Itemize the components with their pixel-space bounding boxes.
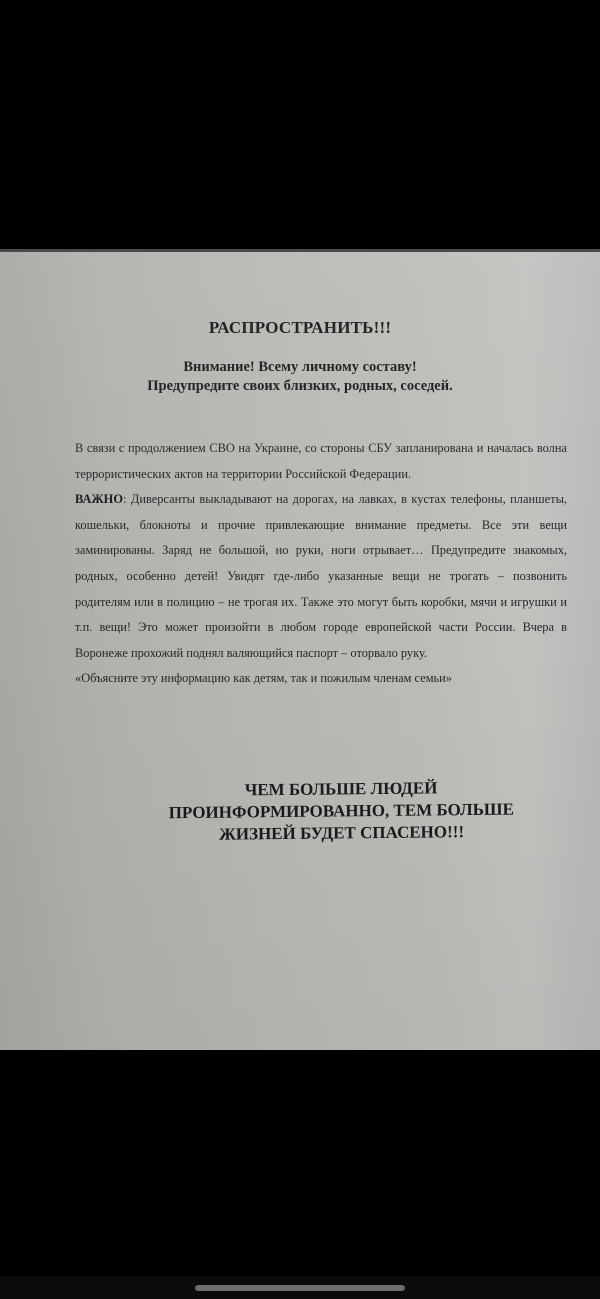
- important-label: ВАЖНО: [75, 492, 123, 506]
- body-paragraph-2-text: : Диверсанты выкладывают на дорогах, на …: [75, 492, 567, 660]
- body-paragraph-2: ВАЖНО: Диверсанты выкладывают на дорогах…: [75, 487, 567, 666]
- notice-body: В связи с продолжением СВО на Украине, с…: [75, 436, 567, 692]
- subtitle-line-2: Предупредите своих близких, родных, сосе…: [0, 377, 600, 396]
- body-paragraph-1: В связи с продолжением СВО на Украине, с…: [75, 436, 567, 487]
- notice-subtitle: Внимание! Всему личному составу! Предупр…: [0, 358, 600, 396]
- document-photo[interactable]: РАСПРОСТРАНИТЬ!!! Внимание! Всему личном…: [0, 249, 600, 1050]
- home-indicator[interactable]: [195, 1285, 405, 1291]
- subtitle-line-1: Внимание! Всему личному составу!: [0, 358, 600, 377]
- body-paragraph-3: «Объясните эту информацию как детям, так…: [75, 666, 567, 692]
- notice-footer: ЧЕМ БОЛЬШЕ ЛЮДЕЙ ПРОИНФОРМИРОВАННО, ТЕМ …: [0, 775, 600, 848]
- notice-title: РАСПРОСТРАНИТЬ!!!: [0, 318, 600, 338]
- photo-viewer: РАСПРОСТРАНИТЬ!!! Внимание! Всему личном…: [0, 0, 600, 1299]
